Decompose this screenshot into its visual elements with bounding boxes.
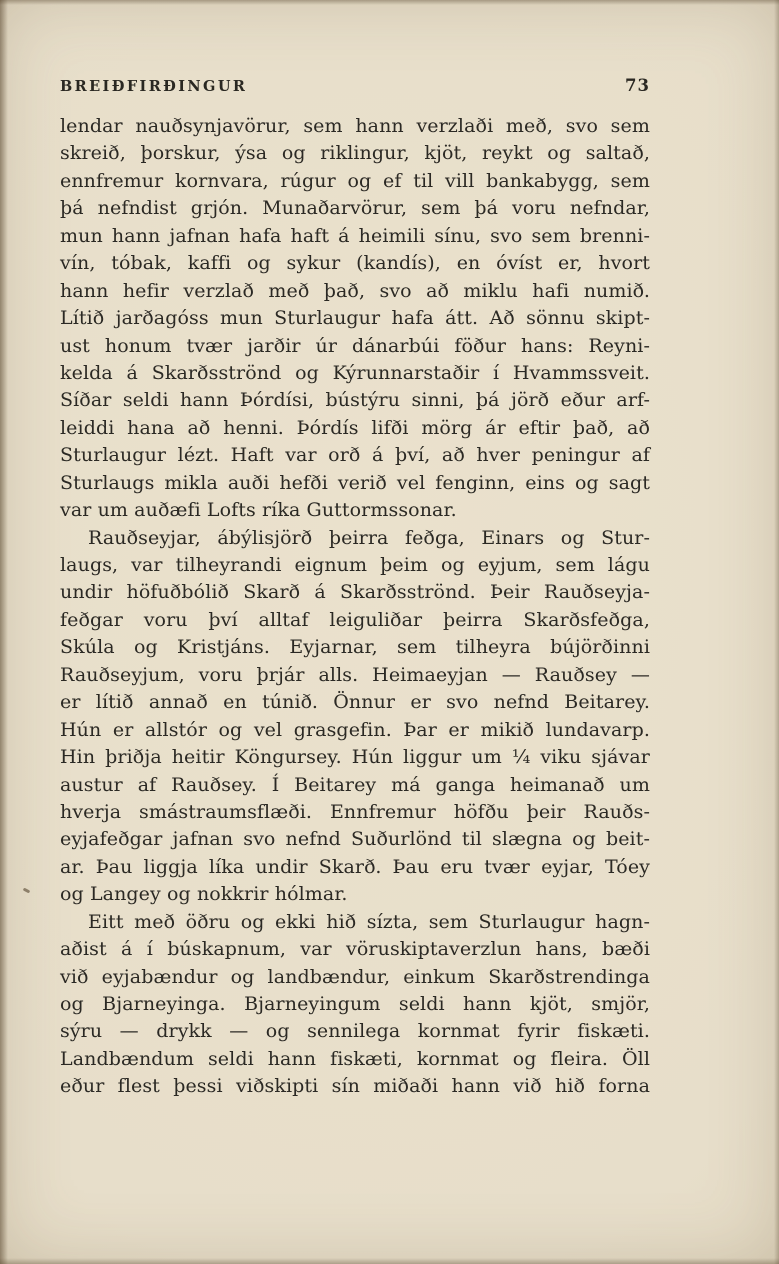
text-line: eður flest þessi viðskipti sín miðaði ha… [60,1073,650,1100]
text-line: hverja smástraumsflæði. Ennfremur höfðu … [60,799,650,826]
text-line: Rauðseyjar, ábýlisjörð þeirra feðga, Ein… [60,525,650,552]
page-number: 73 [625,76,650,95]
text-line: Eitt með öðru og ekki hið sízta, sem Stu… [60,909,650,936]
text-line: Lítið jarðagóss mun Sturlaugur hafa átt.… [60,305,650,332]
text-line: undir höfuðbólið Skarð á Skarðsströnd. Þ… [60,579,650,606]
text-line: mun hann jafnan hafa haft á heimili sínu… [60,223,650,250]
text-line: Sturlaugs mikla auði hefði verið vel fen… [60,470,650,497]
scan-edge-right [774,0,779,1264]
text-line: og Bjarneyinga. Bjarneyingum seldi hann … [60,991,650,1018]
running-header: BREIÐFIRÐINGUR 73 [60,76,650,95]
text-line: Hin þriðja heitir Köngursey. Hún liggur … [60,744,650,771]
text-line: sýru — drykk — og sennilega kornmat fyri… [60,1018,650,1045]
text-line: austur af Rauðsey. Í Beitarey má ganga h… [60,772,650,799]
text-line: Hún er allstór og vel grasgefin. Þar er … [60,717,650,744]
text-line: lendar nauðsynjavörur, sem hann verzlaði… [60,113,650,140]
text-line: Rauðseyjum, voru þrjár alls. Heimaeyjan … [60,662,650,689]
ink-speck [23,888,31,894]
text-line: kelda á Skarðsströnd og Kýrunnarstaðir í… [60,360,650,387]
text-line: laugs, var tilheyrandi eignum þeim og ey… [60,552,650,579]
paragraph: Rauðseyjar, ábýlisjörð þeirra feðga, Ein… [60,525,650,909]
text-line: vín, tóbak, kaffi og sykur (kandís), en … [60,250,650,277]
text-line: Síðar seldi hann Þórdísi, bústýru sinni,… [60,387,650,414]
paragraph: lendar nauðsynjavörur, sem hann verzlaði… [60,113,650,525]
text-line: Skúla og Kristjáns. Eyjarnar, sem tilhey… [60,634,650,661]
text-line: var um auðæfi Lofts ríka Guttormssonar. [60,497,650,524]
text-line: hann hefir verzlað með það, svo að miklu… [60,278,650,305]
scan-edge-left [0,0,8,1264]
running-title: BREIÐFIRÐINGUR [60,78,247,95]
text-line: aðist á í búskapnum, var vöruskiptaverzl… [60,936,650,963]
text-line: feðgar voru því alltaf leiguliðar þeirra… [60,607,650,634]
text-line: leiddi hana að henni. Þórdís lifði mörg … [60,415,650,442]
body-text-block: lendar nauðsynjavörur, sem hann verzlaði… [60,113,650,1101]
text-line: og Langey og nokkrir hólmar. [60,881,650,908]
scan-edge-bottom [0,1258,779,1264]
text-line: þá nefndist grjón. Munaðarvörur, sem þá … [60,195,650,222]
scan-edge-top [0,0,779,5]
text-line: Landbændum seldi hann fiskæti, kornmat o… [60,1046,650,1073]
text-line: skreið, þorskur, ýsa og riklingur, kjöt,… [60,140,650,167]
text-line: við eyjabændur og landbændur, einkum Ska… [60,964,650,991]
text-line: Sturlaugur lézt. Haft var orð á því, að … [60,442,650,469]
text-line: ennfremur kornvara, rúgur og ef til vill… [60,168,650,195]
scanned-book-page: BREIÐFIRÐINGUR 73 lendar nauðsynjavörur,… [0,0,779,1264]
text-line: ust honum tvær jarðir úr dánarbúi föður … [60,333,650,360]
text-line: ar. Þau liggja líka undir Skarð. Þau eru… [60,854,650,881]
text-line: eyjafeðgar jafnan svo nefnd Suðurlönd ti… [60,826,650,853]
text-line: er lítið annað en túnið. Önnur er svo ne… [60,689,650,716]
paragraph: Eitt með öðru og ekki hið sízta, sem Stu… [60,909,650,1101]
